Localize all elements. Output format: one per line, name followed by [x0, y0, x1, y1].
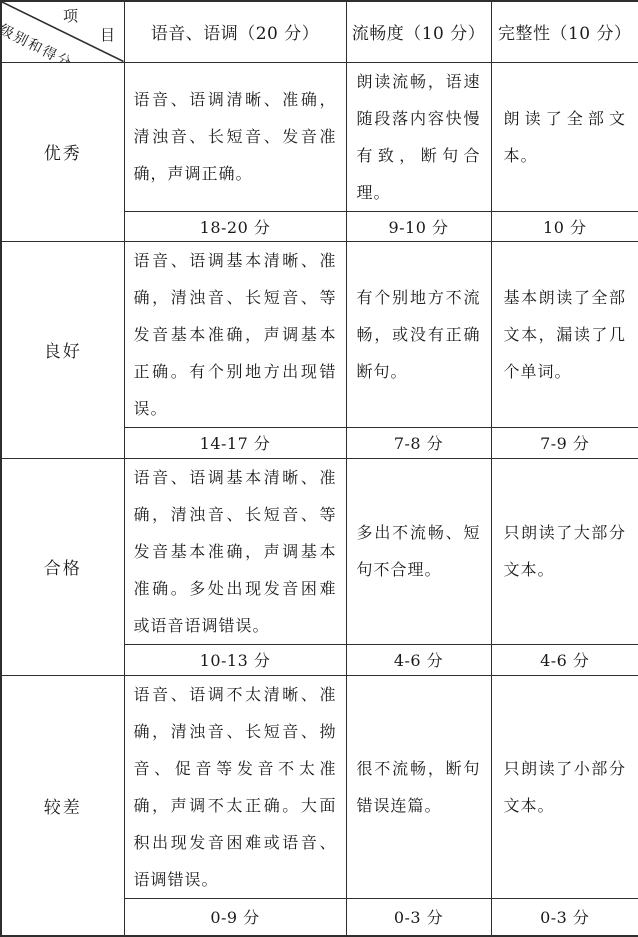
corner-item-label-top: 项: [63, 5, 78, 26]
score-cell: 7-9 分: [491, 427, 638, 458]
level-label-excellent: 优秀: [1, 62, 124, 241]
table-row: 良好 语音、语调基本清晰、准确，清浊音、长短音、等发音基本准确，声调基本正确。有…: [1, 241, 638, 427]
corner-cell: 项 目 级别和得分: [1, 1, 124, 62]
criteria-cell: 语音、语调基本清晰、准确，清浊音、长短音、等发音基本准确，声调基本正确。有个别地…: [124, 241, 346, 427]
criteria-text: 只朗读了小部分文本。: [492, 750, 638, 824]
criteria-cell: 语音、语调基本清晰、准确，清浊音、长短音、等发音基本准确，声调基本准确。多处出现…: [124, 458, 346, 644]
score-cell: 18-20 分: [124, 211, 346, 241]
criteria-cell: 基本朗读了全部文本，漏读了几个单词。: [491, 241, 638, 427]
column-header-completeness: 完整性（10 分）: [491, 1, 638, 62]
criteria-text: 朗读流畅，语速随段落内容快慢有致，断句合理。: [347, 63, 491, 211]
corner-item-label-bottom: 目: [100, 24, 115, 45]
score-cell: 4-6 分: [346, 644, 491, 675]
criteria-text: 只朗读了大部分文本。: [492, 514, 638, 588]
score-cell: 7-8 分: [346, 427, 491, 458]
criteria-text: 基本朗读了全部文本，漏读了几个单词。: [492, 279, 638, 390]
criteria-cell: 只朗读了大部分文本。: [491, 458, 638, 644]
criteria-text: 语音、语调不太清晰、准确，清浊音、长短音、拗音、促音等发音不太准确，声调不太正确…: [125, 676, 346, 898]
score-cell: 0-3 分: [491, 898, 638, 936]
criteria-cell: 朗读流畅，语速随段落内容快慢有致，断句合理。: [346, 62, 491, 211]
score-cell: 10 分: [491, 211, 638, 241]
criteria-cell: 很不流畅，断句错误连篇。: [346, 675, 491, 898]
score-cell: 14-17 分: [124, 427, 346, 458]
level-label-good: 良好: [1, 241, 124, 458]
score-cell: 9-10 分: [346, 211, 491, 241]
criteria-text: 有个别地方不流畅，或没有正确断句。: [347, 279, 491, 390]
column-header-pronunciation: 语音、语调（20 分）: [124, 1, 346, 62]
criteria-text: 多出不流畅、短句不合理。: [347, 514, 491, 588]
criteria-text: 朗读了全部文本。: [492, 100, 638, 174]
criteria-cell: 朗读了全部文本。: [491, 62, 638, 211]
table-row: 优秀 语音、语调清晰、准确，清浊音、长短音、发音准确，声调正确。 朗读流畅，语速…: [1, 62, 638, 211]
score-cell: 0-3 分: [346, 898, 491, 936]
criteria-text: 语音、语调清晰、准确，清浊音、长短音、发音准确，声调正确。: [125, 81, 346, 192]
criteria-cell: 有个别地方不流畅，或没有正确断句。: [346, 241, 491, 427]
rubric-table: 项 目 级别和得分 语音、语调（20 分） 流畅度（10 分） 完整性（10 分…: [0, 0, 638, 937]
level-label-pass: 合格: [1, 458, 124, 675]
criteria-text: 很不流畅，断句错误连篇。: [347, 750, 491, 824]
header-row: 项 目 级别和得分 语音、语调（20 分） 流畅度（10 分） 完整性（10 分…: [1, 1, 638, 62]
level-label-poor: 较差: [1, 675, 124, 936]
column-header-fluency: 流畅度（10 分）: [346, 1, 491, 62]
criteria-cell: 语音、语调不太清晰、准确，清浊音、长短音、拗音、促音等发音不太准确，声调不太正确…: [124, 675, 346, 898]
criteria-cell: 只朗读了小部分文本。: [491, 675, 638, 898]
criteria-text: 语音、语调基本清晰、准确，清浊音、长短音、等发音基本准确，声调基本正确。有个别地…: [125, 242, 346, 427]
criteria-text: 语音、语调基本清晰、准确，清浊音、长短音、等发音基本准确，声调基本准确。多处出现…: [125, 459, 346, 644]
table-row: 合格 语音、语调基本清晰、准确，清浊音、长短音、等发音基本准确，声调基本准确。多…: [1, 458, 638, 644]
criteria-cell: 多出不流畅、短句不合理。: [346, 458, 491, 644]
table-row: 较差 语音、语调不太清晰、准确，清浊音、长短音、拗音、促音等发音不太准确，声调不…: [1, 675, 638, 898]
score-cell: 4-6 分: [491, 644, 638, 675]
score-cell: 0-9 分: [124, 898, 346, 936]
criteria-cell: 语音、语调清晰、准确，清浊音、长短音、发音准确，声调正确。: [124, 62, 346, 211]
score-cell: 10-13 分: [124, 644, 346, 675]
